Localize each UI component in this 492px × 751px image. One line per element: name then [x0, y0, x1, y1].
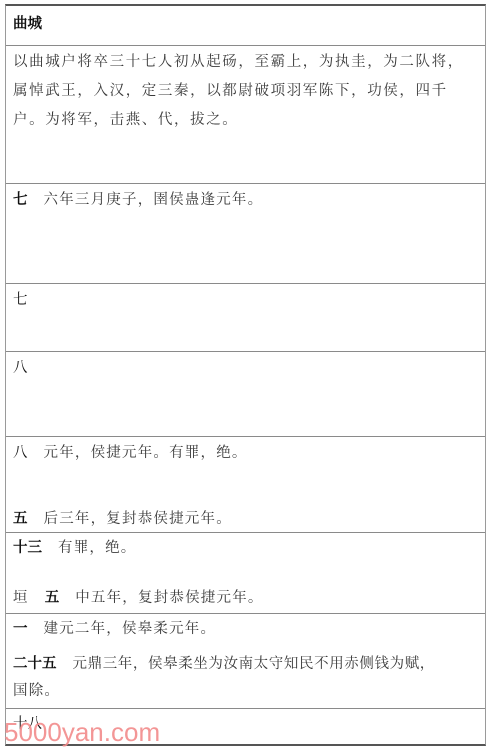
year-count: 八: [13, 445, 28, 461]
year-count: 七: [13, 292, 28, 308]
entry: 二十五元鼎三年，侯皋柔坐为汝南太守知民不用赤侧钱为赋，: [13, 654, 435, 674]
entry-text: 中五年，复封恭侯捷元年。: [75, 590, 263, 606]
entry-text: 国除。: [13, 683, 60, 699]
intro-text: 以曲城户将卒三十七人初从起砀，至霸上，为执圭，为二队将，属悼武王，入汉，定三秦，…: [13, 48, 478, 135]
year-count: 八: [13, 360, 28, 376]
entry: 五后三年，复封恭侯捷元年。: [13, 509, 232, 529]
year-count: 五: [13, 510, 28, 527]
entry: 一建元二年，侯皋柔元年。: [13, 619, 216, 639]
year-count: 十八: [13, 716, 42, 732]
entry-continuation: 国除。: [13, 681, 60, 701]
history-table: 曲城 以曲城户将卒三十七人初从起砀，至霸上，为执圭，为二队将，属悼武王，入汉，定…: [5, 4, 486, 746]
entry-text: 六年三月庚子，圉侯蛊逢元年。: [44, 192, 264, 208]
table-row: 七: [6, 283, 485, 351]
year-count: 二十五: [13, 655, 57, 672]
year-count: 十三: [13, 539, 42, 556]
entry-text: 后三年，复封恭侯捷元年。: [44, 511, 232, 527]
year-count: 五: [45, 589, 60, 606]
table-row: 十八: [6, 708, 485, 746]
table-row: 一建元二年，侯皋柔元年。 二十五元鼎三年，侯皋柔坐为汝南太守知民不用赤侧钱为赋，…: [6, 613, 485, 708]
fief-title: 曲城: [13, 14, 42, 34]
entry-text: 建元二年，侯皋柔元年。: [44, 621, 217, 637]
table-row: 八元年，侯捷元年。有罪，绝。 五后三年，复封恭侯捷元年。: [6, 436, 485, 532]
year-count: 七: [13, 191, 28, 208]
year-count: 一: [13, 620, 28, 637]
entry: 垣五中五年，复封恭侯捷元年。: [13, 588, 264, 608]
entry: 七六年三月庚子，圉侯蛊逢元年。: [13, 190, 263, 210]
entry-text: 有罪，绝。: [58, 540, 137, 556]
title-row: 曲城: [6, 6, 485, 45]
intro-row: 以曲城户将卒三十七人初从起砀，至霸上，为执圭，为二队将，属悼武王，入汉，定三秦，…: [6, 45, 485, 183]
fief-prefix: 垣: [13, 590, 29, 606]
table-row: 八: [6, 351, 485, 436]
entry-text: 元年，侯捷元年。有罪，绝。: [44, 445, 248, 461]
entry: 十八: [13, 714, 58, 734]
entry-text: 元鼎三年，侯皋柔坐为汝南太守知民不用赤侧钱为赋，: [73, 656, 435, 672]
entry: 八元年，侯捷元年。有罪，绝。: [13, 443, 248, 463]
table-row: 十三有罪，绝。 垣五中五年，复封恭侯捷元年。: [6, 532, 485, 613]
entry: 八: [13, 358, 44, 378]
table-row: 七六年三月庚子，圉侯蛊逢元年。: [6, 183, 485, 283]
entry: 七: [13, 290, 44, 310]
entry: 十三有罪，绝。: [13, 538, 137, 558]
